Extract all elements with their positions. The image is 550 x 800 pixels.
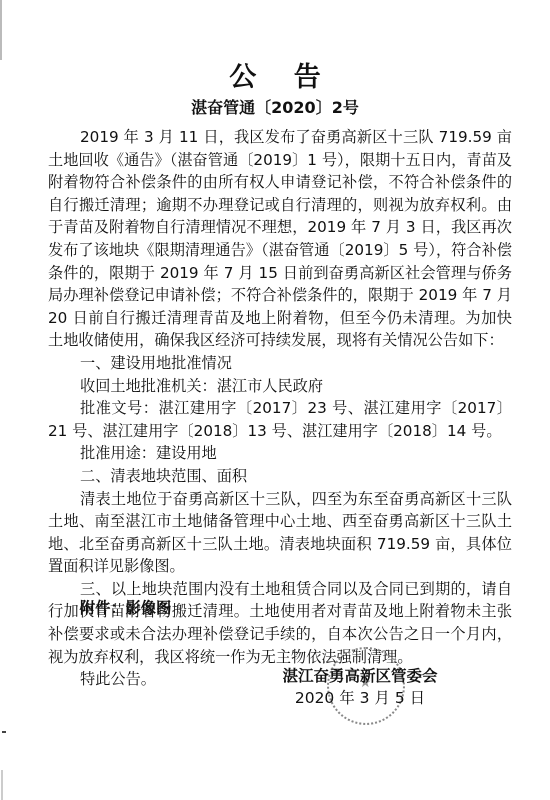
approval-numbers: 批准文号：湛江建用字〔2017〕23 号、湛江建用字〔2017〕21 号、湛江建… [48,397,512,442]
section-heading-1: 一、建设用地批准情况 [48,352,512,375]
approval-authority: 收回土地批准机关：湛江市人民政府 [48,375,512,398]
intro-paragraph: 2019 年 3 月 11 日，我区发布了奋勇高新区十三队 719.59 亩土地… [48,126,512,352]
section-heading-2: 二、清表地块范围、面积 [48,465,512,488]
notice-title: 公 告 [0,62,550,94]
issuing-organization: 湛江奋勇高新区管委会 [260,665,460,687]
document-number: 湛奋管通〔2020〕2号 [0,97,550,119]
scan-edge-artifact [1,770,3,800]
signature-block: ★ 湛江奋勇高新区管委会 2020 年 3 月 5 日 [260,665,460,709]
section-3-paragraph: 三、以上地块范围内没有土地租赁合同以及合同已到期的，请自行加快青苗附着物搬迁清理… [48,578,512,668]
land-scope-paragraph: 清表土地位于奋勇高新区十三队，四至为东至奋勇高新区十三队土地、南至湛江市土地储备… [48,488,512,578]
attachment-note: 附件：影像图 [80,597,171,619]
issue-date: 2020 年 3 月 5 日 [260,687,460,709]
scan-edge-artifact [0,0,2,60]
scan-mark-artifact [2,731,6,733]
approval-purpose: 批准用途：建设用地 [48,442,512,465]
